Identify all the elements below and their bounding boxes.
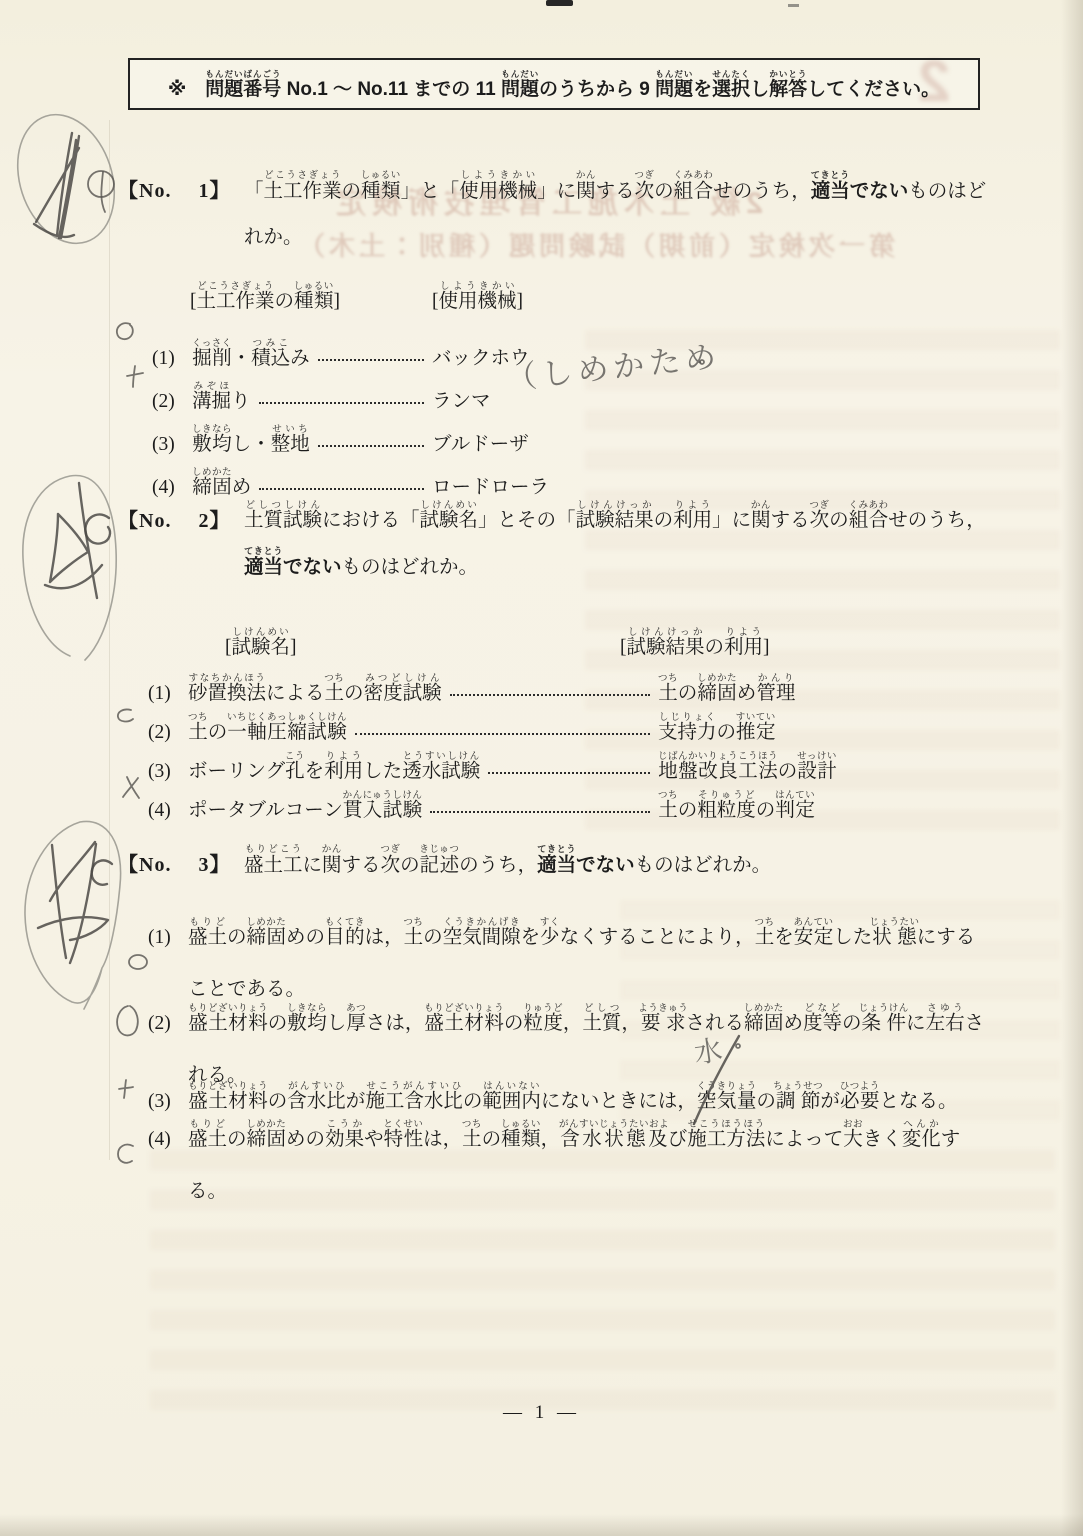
question-3: 【No. 3】 盛土工もりどこうに関かんする次つぎの記述きじゅつのうち，適当てき…: [118, 842, 988, 889]
leader-dots: [430, 811, 650, 813]
item-number: (2): [152, 391, 192, 413]
q1-col-left-header: [土工作業どこうさぎょうの種類しゅるい]: [190, 291, 340, 312]
work-type: 掘削くっさく・積込つみこみ: [192, 339, 310, 370]
question-1-label: 【No. 1】: [118, 168, 244, 214]
exam-page: { "page": { "footer": "— 1 —" }, "header…: [0, 0, 1083, 1536]
question-2-items: (1) 砂置換法すなちかんほうによる土つちの密度試験みつどしけん 土つちの締固し…: [148, 664, 1008, 822]
q1-item-row-4: (4) 締固しめかため ロードローラ: [152, 456, 792, 499]
mark-q1-item1-circle: [117, 323, 133, 339]
test-result-use: 土つちの締固しめかため管理かんり: [658, 674, 795, 705]
item-number: (4): [148, 800, 188, 822]
work-type: 敷均しきならし・整地せいち: [192, 425, 310, 456]
instruction-text: ※ 問題番号もんだいばんごう No.1 〜 No.11 までの 11 問題もんだ…: [168, 69, 940, 105]
scan-artifact-dash: [546, 0, 573, 6]
q2-item-row-2: (2) 土つちの一軸圧縮試験いちじくあっしゅくしけん 支持力しじりょくの推定すい…: [148, 705, 1008, 744]
item-number: (1): [148, 683, 188, 705]
q3-item-4: (4) 盛土もりどの締固しめかための効果こうかや特性とくせいは，土つちの種類しゅ…: [148, 1114, 993, 1218]
instruction-header-box: ※ 問題番号もんだいばんごう No.1 〜 No.11 までの 11 問題もんだ…: [128, 58, 980, 110]
leader-dots: [318, 445, 424, 447]
paper-crease: [109, 120, 110, 1160]
item-number: (3): [152, 434, 192, 456]
q2-item-row-1: (1) 砂置換法すなちかんほうによる土つちの密度試験みつどしけん 土つちの締固し…: [148, 664, 1008, 705]
page-number: — 1 —: [0, 1402, 1083, 1424]
leader-dots: [450, 694, 650, 696]
statement-text: 盛土もりどの締固しめかための効果こうかや特性とくせいは，土つちの種類しゅるい，含…: [188, 1114, 993, 1218]
scan-artifact-dash-small: [788, 4, 799, 7]
handwritten-note-mizu: 水: [691, 1028, 724, 1072]
leader-dots: [318, 359, 424, 361]
q2-col-left-header: [試験名しけんめい]: [225, 637, 297, 658]
leader-dots: [355, 733, 650, 735]
q2-item-row-3: (3) ボーリング孔こうを利用りようした透水試験とうすいしけん 地盤改良工法じば…: [148, 744, 1008, 783]
test-name: 土つちの一軸圧縮試験いちじくあっしゅくしけん: [188, 713, 347, 744]
q2-col-right-header: [試験結果しけんけっかの利用りよう]: [620, 628, 770, 659]
q1-item-row-3: (3) 敷均しきならし・整地せいち ブルドーザ: [152, 413, 792, 456]
machine-name: ランマ: [432, 385, 491, 413]
work-type: 締固しめかため: [192, 468, 251, 499]
question-1-column-headers: [土工作業どこうさぎょうの種類しゅるい] [使用機械しようきかい]: [152, 282, 852, 330]
mark-q3-item3-plus: [119, 1080, 133, 1098]
item-number: (2): [148, 722, 188, 744]
machine-name: ロードローラ: [432, 471, 549, 499]
item-number: (1): [148, 912, 171, 964]
pencil-mark-q2: [23, 476, 116, 660]
leader-dots: [488, 772, 650, 774]
question-2-body: 土質試験どしつしけんにおける「試験名しけんめい」とその「試験結果しけんけっかの利…: [244, 498, 988, 591]
q1-col-right-header: [使用機械しようきかい]: [432, 282, 523, 313]
leader-dots: [259, 488, 424, 490]
question-1: 【No. 1】 「土工作業どこうさぎょうの種類しゅるい」と「使用機械しようきかい…: [118, 168, 988, 261]
question-3-label: 【No. 3】: [118, 842, 244, 888]
machine-name: ブルドーザ: [432, 428, 529, 456]
test-result-use: 支持力しじりょくの推定すいてい: [658, 713, 776, 744]
question-3-body: 盛土工もりどこうに関かんする次つぎの記述きじゅつのうち，適当てきとうでないものは…: [244, 842, 988, 889]
work-type: 溝掘みぞほり: [192, 382, 251, 413]
question-1-body: 「土工作業どこうさぎょうの種類しゅるい」と「使用機械しようきかい」に関かんする次…: [244, 168, 988, 261]
test-result-use: 土つちの粗粒度そりゅうどの判定はんてい: [658, 791, 815, 822]
page-edge-right: [1061, 0, 1083, 1536]
item-number: (4): [152, 477, 192, 499]
test-name: ボーリング孔こうを利用りようした透水試験とうすいしけん: [188, 752, 480, 783]
item-number: (4): [148, 1114, 171, 1166]
test-name: 砂置換法すなちかんほうによる土つちの密度試験みつどしけん: [188, 674, 442, 705]
leader-dots: [259, 402, 424, 404]
mark-q1-item2-plus: [127, 366, 143, 387]
question-2: 【No. 2】 土質試験どしつしけんにおける「試験名しけんめい」とその「試験結果…: [118, 498, 988, 591]
mark-q3-item4-c: [118, 1145, 133, 1163]
q2-item-row-4: (4) ポータブルコーン貫入試験かんにゅうしけん 土つちの粗粒度そりゅうどの判定…: [148, 783, 1008, 822]
item-number: (3): [148, 761, 188, 783]
pencil-mark-q1: [2, 102, 130, 256]
item-number: (2): [148, 998, 171, 1050]
test-name: ポータブルコーン貫入試験かんにゅうしけん: [188, 791, 422, 822]
test-result-use: 地盤改良工法じばんかいりょうこうほうの設計せっけい: [658, 752, 837, 783]
mark-q2-item4-x: [123, 777, 139, 798]
item-number: (1): [152, 348, 192, 370]
question-2-label: 【No. 2】: [118, 498, 244, 544]
page-edge-bottom: [0, 1514, 1083, 1536]
mark-q2-item2-circle: [118, 709, 133, 721]
